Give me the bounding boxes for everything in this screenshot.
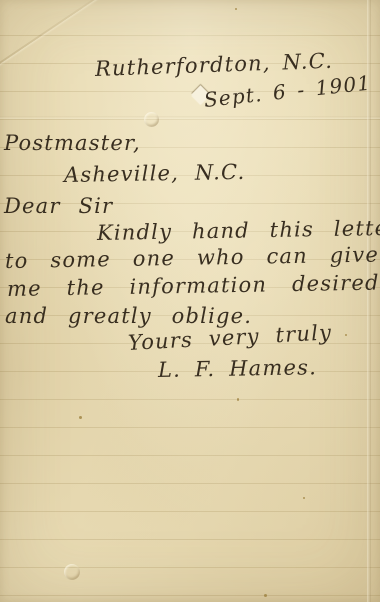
body-line-2: to some one who can give xyxy=(5,242,379,273)
stain-speck xyxy=(79,416,82,419)
date-line: Sept. 6 - 1901 xyxy=(203,71,373,112)
body-line-4: and greatly oblige. xyxy=(5,304,252,328)
stain-speck xyxy=(303,497,305,499)
body-line-3: me the information desired xyxy=(7,270,380,301)
stain-speck xyxy=(345,334,347,336)
stain-speck xyxy=(264,594,267,597)
body-line-1: Kindly hand this letter xyxy=(97,216,380,245)
signature-line: L. F. Hames. xyxy=(158,355,317,382)
place-line: Rutherfordton, N.C. xyxy=(95,49,334,81)
stain-speck xyxy=(237,398,239,401)
embossed-mark xyxy=(144,112,159,127)
recipient-line: Postmaster, xyxy=(4,131,141,155)
salutation-line: Dear Sir xyxy=(4,194,113,218)
paper-crease-horizontal xyxy=(0,116,380,119)
embossed-mark xyxy=(64,564,80,580)
recipient-city: Asheville, N.C. xyxy=(64,160,246,187)
stain-speck xyxy=(235,8,237,10)
letter-page: Rutherfordton, N.C. Sept. 6 - 1901 Postm… xyxy=(0,0,380,602)
paper-crease-diagonal xyxy=(0,0,101,68)
